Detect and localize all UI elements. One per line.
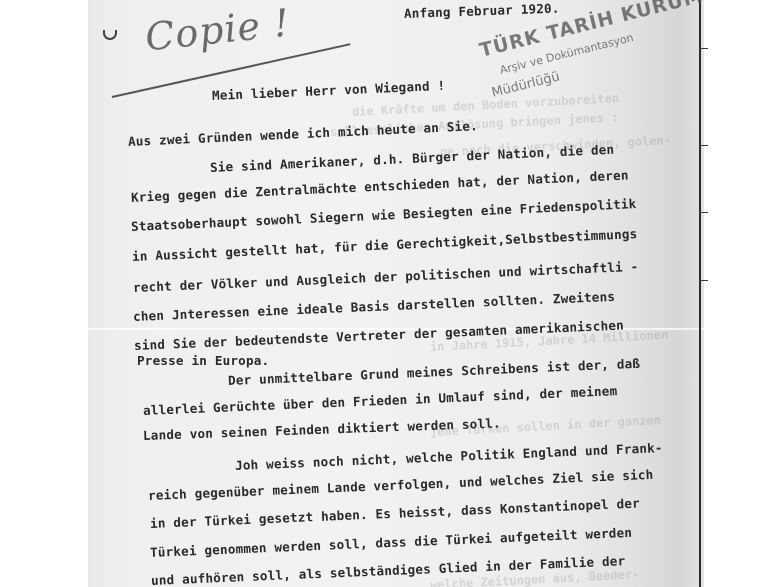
page-edge-tick	[699, 280, 708, 281]
page-edge-line	[699, 0, 701, 587]
page-edge-tick	[699, 145, 708, 146]
page-edge-tick	[699, 48, 708, 49]
page-edge-tick	[699, 212, 708, 213]
body-line: Presse in Europa.	[137, 353, 269, 368]
document-viewer: die Kräfte um den Boden vorzubereiten sc…	[0, 0, 772, 587]
